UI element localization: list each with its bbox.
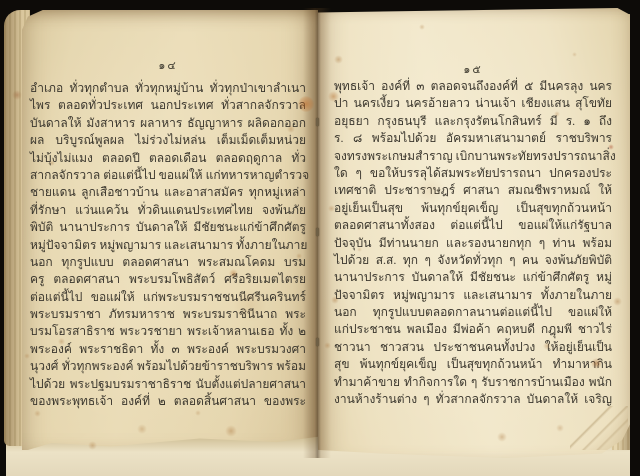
text-line: ไพร ตลอดทั่วประเทศ นอกประเทศ ทั่วสากลจัก… — [30, 97, 306, 114]
text-line: อยู่เย็นเป็นสุข พ้นทุกข์ยุคเข็ญ เป็นสุขท… — [334, 200, 612, 217]
right-page: ๑๕ พุทธเจ้า องค์ที่ ๓ ตลอดจนถึงองค์ที่ ๕… — [318, 8, 630, 458]
text-line: ไม่บุ้งไม่แมง ตลอดปี ตลอดเดือน ตลอดฤดูกา… — [30, 150, 306, 167]
text-line: พิบัติ นานาประการ บันดาลให้ มีชัยชนะแก่ข… — [30, 219, 306, 236]
right-page-number: ๑๕ — [334, 60, 612, 78]
text-line: ชาวนา ชาวสวน ประชาชนคนทั้งปวง ให้อยู่เย็… — [334, 339, 612, 356]
text-line: ของพระพุทธเจ้า องค์ที่ ๒ ตลอดสิ้นศาสนา ข… — [30, 393, 306, 410]
text-line: ต่อแต่นี้ไป ขอแผ่ให้ แก่พระบรมราชชนนีศรี… — [30, 289, 306, 306]
text-line: ปัจจุบัน มีท่านนายก และรองนายกทุก ๆ ท่าน… — [334, 235, 612, 252]
text-line: งานห้างร้านต่าง ๆ ทั่วสากลจักรวาล บันดาล… — [334, 391, 612, 408]
text-line: ปัจจามิตร หมู่พญามาร และเสนามาร ทั้งภายใ… — [334, 287, 612, 304]
text-line: พุทธเจ้า องค์ที่ ๓ ตลอดจนถึงองค์ที่ ๕ มี… — [334, 78, 612, 95]
text-line: ชายแดน ลูกเสือชาวบ้าน และอาสาสมัคร ทุกหม… — [30, 184, 306, 201]
text-line: บันดาลให้ มังสาหาร ผลาหาร ธัญญาหาร ผลิดอ… — [30, 115, 306, 132]
left-page-text: อำเภอ ทั่วทุกตำบล ทั่วทุกหมู่บ้าน ทั่วทุ… — [30, 80, 306, 410]
text-line: ตลอดศาสนาทั้งสอง ต่อแต่นี้ไป ขอแผ่ให้แก่… — [334, 217, 612, 234]
text-line: นานาประการ บันดาลให้ มีชัยชนะ แก่ข้าศึกศ… — [334, 269, 612, 286]
text-line: เทศชาติ ประชาราษฎร์ ศาสนา สมณชีพราหมณ์ ใ… — [334, 182, 612, 199]
text-line: ที่รักษา แว่นแคว้น ทั่วดินแดนประเทศไทย จ… — [30, 202, 306, 219]
text-line: ผล บริบูรณ์พูลผล ไม่ร่วงไม่หล่น เต็มเม็ด… — [30, 132, 306, 149]
text-line: หมู่ปัจจามิตร หมู่พญามาร และเสนามาร ทั้ง… — [30, 237, 306, 254]
text-line: ไปด้วย ส.ส. ทุก ๆ จังหวัดทั่วทุก ๆ คน จง… — [334, 252, 612, 269]
left-page: ๑๔ อำเภอ ทั่วทุกตำบล ทั่วทุกหมู่บ้าน ทั่… — [22, 10, 318, 450]
text-line: จงทรงพระเกษมสำราญ เบิกบานพระทัยทรงปรารถน… — [334, 148, 612, 165]
text-line: นุวงศ์ ทั่วทุกพระองค์ พร้อมไปด้วยข้าราชบ… — [30, 358, 306, 375]
text-line: พระองค์ พระราชธิดา ทั้ง ๓ พระองค์ พระบรม… — [30, 341, 306, 358]
text-line: พระบรมราชา ภัทรมหาราช พระบรมราชินีนาถ พร… — [30, 306, 306, 323]
text-line: อยุธยา กรุงธนบุรี และกรุงรัตนโกสินทร์ มี… — [334, 113, 612, 130]
text-line: นอก ทุกรูปแบบตลอดกาลนานต่อแต่นี้ไป ขอแผ่… — [334, 304, 612, 321]
binding-stitch — [316, 338, 319, 346]
text-line: นอก ทุกรูปแบบ ตลอดศาสนา พระสมณโคดม บรม — [30, 254, 306, 271]
text-line: ใด ๆ ขอให้บรรลุได้สมพระทัยปรารถนา ปกครอง… — [334, 165, 612, 182]
text-line: ปา นครเงี้ยว นครอ้ายลาว น่านเจ้า เชียงแส… — [334, 95, 612, 112]
left-page-number: ๑๔ — [30, 56, 306, 74]
book-photo: ๑๔ อำเภอ ทั่วทุกตำบล ทั่วทุกหมู่บ้าน ทั่… — [0, 0, 640, 476]
text-line: อำเภอ ทั่วทุกตำบล ทั่วทุกหมู่บ้าน ทั่วทุ… — [30, 80, 306, 97]
right-page-text: พุทธเจ้า องค์ที่ ๓ ตลอดจนถึงองค์ที่ ๕ มี… — [334, 78, 612, 408]
text-line: ร. ๘ พร้อมไปด้วย อัครมหาเสนามาตย์ ราชบริ… — [334, 130, 612, 147]
text-line: ไปด้วย พระปฐมบรมราชาธิราช นับตั้งแต่ปลาย… — [30, 376, 306, 393]
binding-stitch — [316, 118, 319, 126]
text-line: ทำมาค้าขาย ทำกิจการใด ๆ รับราชการบ้านเมื… — [334, 374, 612, 391]
text-line: แก่ประชาชน พลเมือง มีพ่อค้า คฤหบดี กฎุมพ… — [334, 321, 612, 338]
text-line: สากลจักรวาล ต่อแต่นี้ไป ขอแผ่ให้ แก่ทหาร… — [30, 167, 306, 184]
binding-stitch — [316, 228, 319, 236]
text-line: ครู ตลอดศาสนา พระบรมโพธิสัตว์ ศรีอริยเมต… — [30, 271, 306, 288]
text-line: บรมโอรสาธิราช พระวรชายา พระเจ้าหลานเธอ ท… — [30, 323, 306, 340]
text-line: สุข พ้นทุกข์ยุคเข็ญ เป็นสุขทุกถ้วนหน้า ท… — [334, 356, 612, 373]
